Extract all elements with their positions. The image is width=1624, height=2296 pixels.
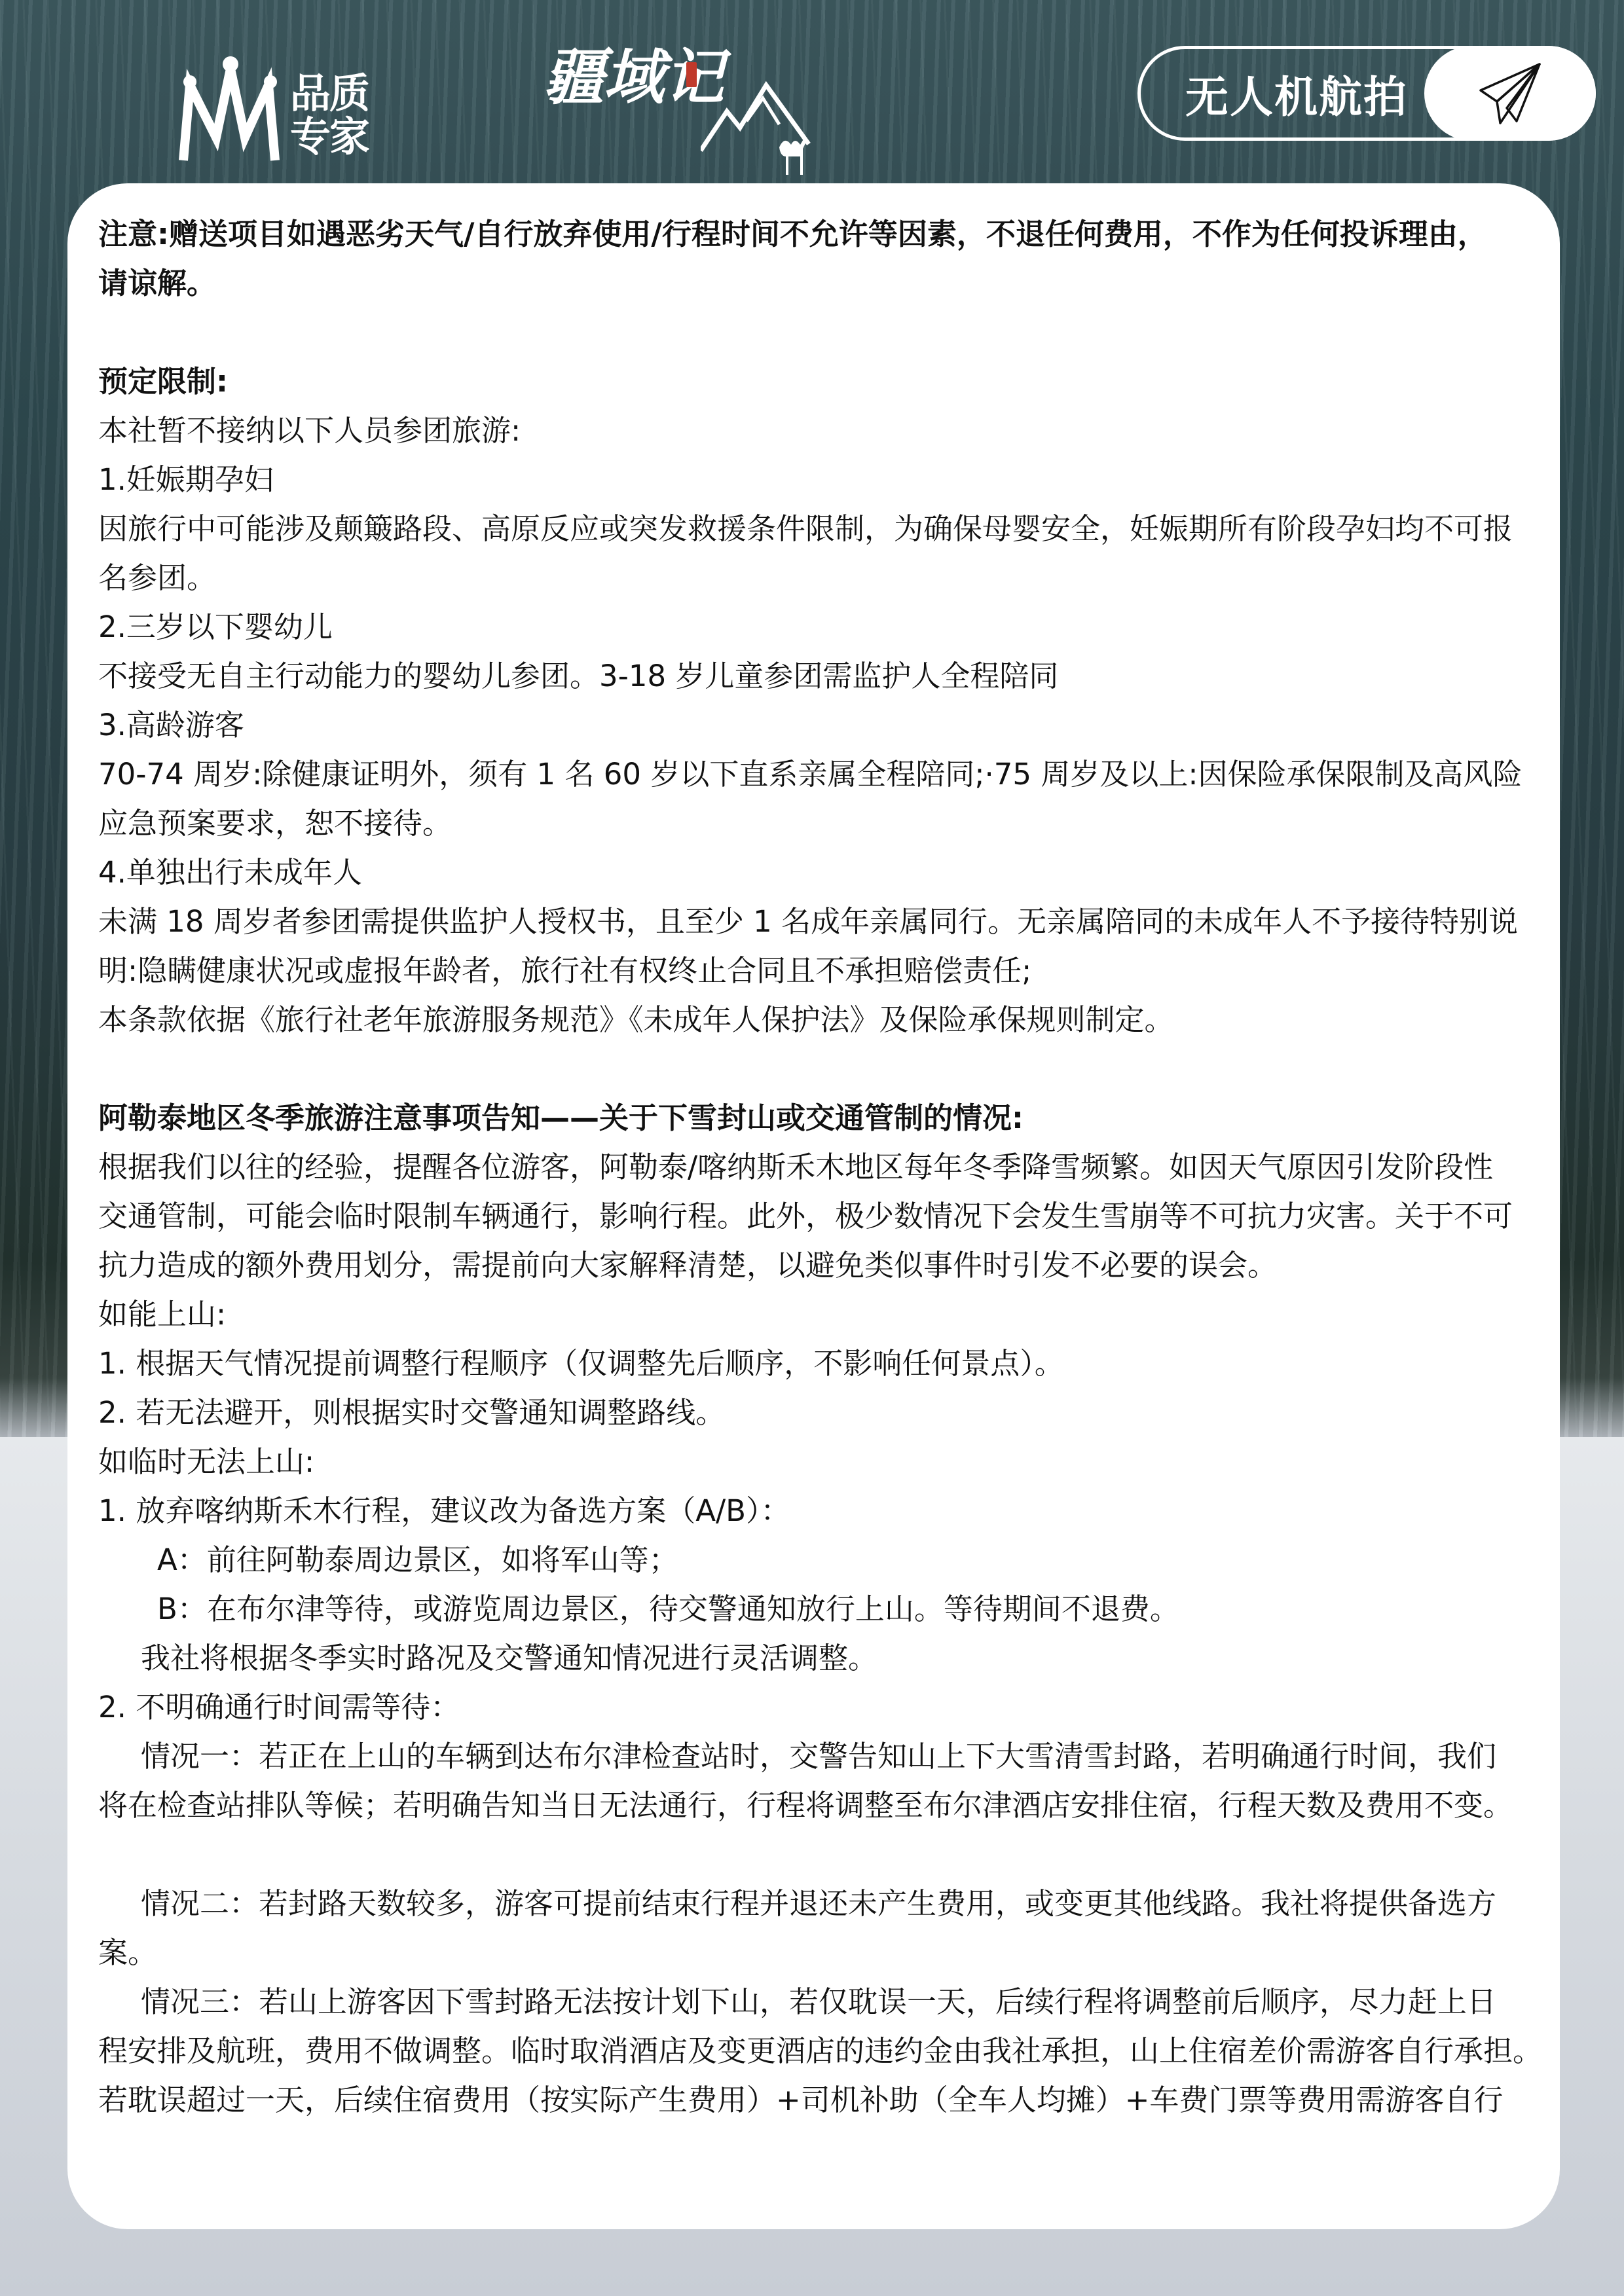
can-go-up-item: 1. 根据天气情况提前调整行程顺序（仅调整先后顺序，不影响任何景点）。 bbox=[98, 1339, 1532, 1388]
can-go-up-item: 2. 若无法避开，则根据实时交警通知调整路线。 bbox=[98, 1388, 1532, 1437]
notice-line: 请谅解。 bbox=[98, 259, 1532, 308]
case-text: 将在检查站排队等候；若明确告知当日无法通行，行程将调整至布尔津酒店安排住宿，行程… bbox=[98, 1781, 1532, 1830]
winter-intro: 交通管制，可能会临时限制车辆通行，影响行程。此外，极少数情况下会发生雪崩等不可抗… bbox=[98, 1192, 1532, 1241]
restriction-heading: 1.妊娠期孕妇 bbox=[98, 455, 1532, 504]
restriction-text: 本条款依据《旅行社老年旅游服务规范》《未成年人保护法》及保险承保规则制定。 bbox=[98, 995, 1532, 1044]
spacer bbox=[98, 1044, 1532, 1093]
notice-line: 注意:赠送项目如遇恶劣天气/自行放弃使用/行程时间不允许等因素，不退任何费用，不… bbox=[98, 210, 1532, 259]
restriction-text: 不接受无自主行动能力的婴幼儿参团。3-18 岁儿童参团需监护人全程陪同 bbox=[98, 651, 1532, 701]
winter-intro: 根据我们以往的经验，提醒各位游客，阿勒泰/喀纳斯禾木地区每年冬季降雪频繁。如因天… bbox=[98, 1142, 1532, 1192]
case-text: 情况一：若正在上山的车辆到达布尔津检查站时，交警告知山上下大雪清雪封路，若明确通… bbox=[98, 1732, 1532, 1781]
restriction-text: 名参团。 bbox=[98, 553, 1532, 602]
option-b: B：在布尔津等待，或游览周边景区，待交警通知放行上山。等待期间不退费。 bbox=[98, 1584, 1532, 1633]
brand-logo-line-2: 专家 bbox=[290, 115, 369, 158]
seal-mark bbox=[686, 62, 697, 87]
section-title-booking-restrictions: 预定限制: bbox=[98, 357, 1532, 406]
section-title-winter-notice: 阿勒泰地区冬季旅游注意事项告知——关于下雪封山或交通管制的情况: bbox=[98, 1093, 1532, 1142]
restriction-heading: 3.高龄游客 bbox=[98, 701, 1532, 750]
restriction-text: 因旅行中可能涉及颠簸路段、高原反应或突发救援条件限制，为确保母婴安全，妊娠期所有… bbox=[98, 504, 1532, 553]
document-body: 注意:赠送项目如遇恶劣天气/自行放弃使用/行程时间不允许等因素，不退任何费用，不… bbox=[98, 210, 1532, 2124]
cannot-go-up-item: 1. 放弃喀纳斯禾木行程，建议改为备选方案（A/B）： bbox=[98, 1486, 1532, 1535]
restriction-text: 应急预案要求，恕不接待。 bbox=[98, 799, 1532, 848]
case-text: 若耽误超过一天，后续住宿费用（按实际产生费用）+司机补助（全车人均摊）+车费门票… bbox=[98, 2075, 1532, 2124]
region-logo-text: 疆域记 bbox=[544, 46, 724, 109]
case-text: 案。 bbox=[98, 1928, 1532, 1977]
winter-intro: 抗力造成的额外费用划分，需提前向大家解释清楚，以避免类似事件时引发不必要的误会。 bbox=[98, 1241, 1532, 1290]
adjustment-note: 我社将根据冬季实时路况及交警通知情况进行灵活调整。 bbox=[98, 1633, 1532, 1683]
case-text: 情况三：若山上游客因下雪封路无法按计划下山，若仅耽误一天，后续行程将调整前后顺序… bbox=[98, 1977, 1532, 2026]
brand-logo-line-1: 品质 bbox=[290, 72, 369, 115]
paper-plane-icon bbox=[1477, 61, 1543, 126]
brand-logo: 品质 专家 bbox=[177, 46, 419, 164]
mountain-camel-icon bbox=[701, 72, 812, 177]
badge-icon-container bbox=[1424, 46, 1596, 141]
crown-icon bbox=[177, 52, 285, 164]
badge-label: 无人机航拍 bbox=[1185, 62, 1408, 124]
spacer bbox=[98, 1830, 1532, 1879]
restriction-heading: 2.三岁以下婴幼儿 bbox=[98, 602, 1532, 651]
restriction-text: 明:隐瞒健康状况或虚报年龄者，旅行社有权终止合同且不承担赔偿责任; bbox=[98, 946, 1532, 995]
case-text: 情况二：若封路天数较多，游客可提前结束行程并退还未产生费用，或变更其他线路。我社… bbox=[98, 1879, 1532, 1928]
cannot-go-up-title: 如临时无法上山: bbox=[98, 1437, 1532, 1486]
region-logo: 疆域记 bbox=[537, 26, 812, 177]
content-card: 注意:赠送项目如遇恶劣天气/自行放弃使用/行程时间不允许等因素，不退任何费用，不… bbox=[67, 183, 1560, 2229]
spacer bbox=[98, 308, 1532, 357]
can-go-up-title: 如能上山: bbox=[98, 1290, 1532, 1339]
restrictions-intro: 本社暂不接纳以下人员参团旅游: bbox=[98, 406, 1532, 455]
restriction-text: 未满 18 周岁者参团需提供监护人授权书，且至少 1 名成年亲属同行。无亲属陪同… bbox=[98, 897, 1532, 946]
cannot-go-up-item: 2. 不明确通行时间需等待： bbox=[98, 1683, 1532, 1732]
restriction-text: 70-74 周岁:除健康证明外，须有 1 名 60 岁以下直系亲属全程陪同;·7… bbox=[98, 750, 1532, 799]
case-text: 程安排及航班，费用不做调整。临时取消酒店及变更酒店的违约金由我社承担，山上住宿差… bbox=[98, 2026, 1532, 2075]
restriction-heading: 4.单独出行未成年人 bbox=[98, 848, 1532, 897]
option-a: A：前往阿勒泰周边景区，如将军山等； bbox=[98, 1535, 1532, 1584]
drone-photography-badge: 无人机航拍 bbox=[1137, 46, 1596, 141]
